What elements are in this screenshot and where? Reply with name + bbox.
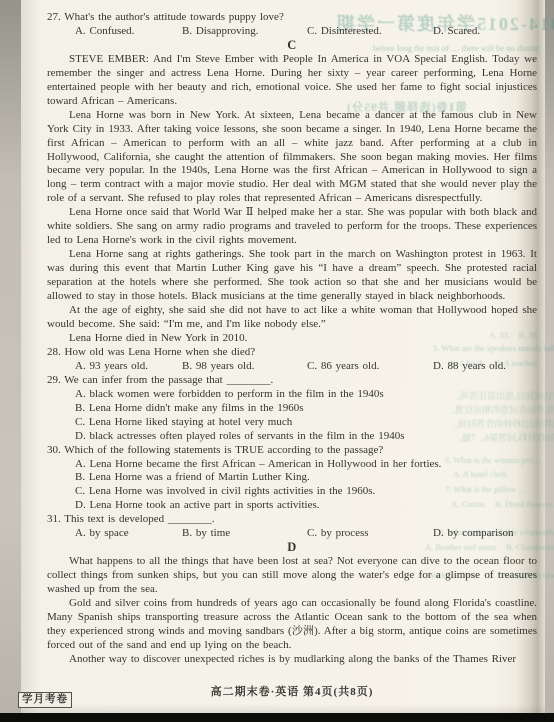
question-27: 27. What's the author's attitude towards… — [47, 11, 537, 39]
passage-paragraph: Lena Horne sang at rights gatherings. Sh… — [47, 248, 537, 304]
question-30-stem: 30. Which of the following statements is… — [47, 444, 537, 458]
passage-c-heading: C — [47, 39, 537, 53]
option-a: A. Confused. — [75, 25, 182, 39]
passage-paragraph: Lena Horne once said that World War Ⅱ he… — [47, 206, 537, 248]
exam-text-block: 27. What's the author's attitude towards… — [47, 11, 537, 667]
page-footer: 高二期末卷·英语 第4页(共8页) — [47, 683, 537, 699]
option-b: B. Lena Horne didn't make any films in t… — [75, 402, 537, 416]
option-d: D. 88 years old. — [433, 360, 537, 374]
option-b: B. by time — [182, 527, 307, 541]
option-d: D. Lena Horne took an active part in spo… — [75, 499, 537, 513]
option-b: B. 98 years old. — [182, 360, 307, 374]
option-c: C. Lena Horne liked staying at hotel ver… — [75, 416, 537, 430]
paper-sheet: 2014-2015学年度第一学期 before long the mix of … — [21, 0, 545, 714]
question-28-options: A. 93 years old. B. 98 years old. C. 86 … — [75, 360, 537, 374]
question-31: 31. This text is developed ________. A. … — [47, 513, 537, 541]
option-a: A. 93 years old. — [75, 360, 182, 374]
option-d: D. black actresses often played roles of… — [75, 430, 537, 444]
scanned-exam-page: 2014-2015学年度第一学期 before long the mix of … — [0, 0, 554, 722]
option-b: B. Lena Horne was a friend of Martin Lut… — [75, 471, 537, 485]
option-a: A. by space — [75, 527, 182, 541]
option-d: D. by comparison — [433, 527, 537, 541]
passage-paragraph: Lena Horne was born in New York. At sixt… — [47, 109, 537, 207]
option-c: C. by process — [307, 527, 433, 541]
question-27-stem: 27. What's the author's attitude towards… — [47, 11, 537, 25]
option-c: C. Lena Horne was involved in civil righ… — [75, 485, 537, 499]
question-29-stem: 29. We can infer from the passage that _… — [47, 374, 537, 388]
option-d: D. Scared. — [433, 25, 537, 39]
question-27-options: A. Confused. B. Disapproving. C. Disinte… — [75, 25, 537, 39]
passage-paragraph: What happens to all the things that have… — [47, 555, 537, 597]
option-c: C. 86 years old. — [307, 360, 433, 374]
passage-paragraph: Gold and silver coins from hundreds of y… — [47, 597, 537, 653]
passage-paragraph: At the age of eighty, she said she did n… — [47, 304, 537, 332]
option-a: A. Lena Horne became the first African –… — [75, 458, 537, 472]
passage-paragraph: STEVE EMBER: And I'm Steve Ember with Pe… — [47, 53, 537, 109]
option-b: B. Disapproving. — [182, 25, 307, 39]
passage-paragraph: Another way to discover unexpected riche… — [47, 653, 537, 667]
passage-paragraph: Lena Horne died in New York in 2010. — [47, 332, 537, 346]
question-31-stem: 31. This text is developed ________. — [47, 513, 537, 527]
exam-type-tag: 学月考卷 — [18, 692, 72, 708]
question-31-options: A. by space B. by time C. by process D. … — [75, 527, 537, 541]
question-28-stem: 28. How old was Lena Horne when she died… — [47, 346, 537, 360]
question-29: 29. We can infer from the passage that _… — [47, 374, 537, 444]
passage-d-heading: D — [47, 541, 537, 555]
question-30: 30. Which of the following statements is… — [47, 444, 537, 514]
option-a: A. black women were forbidden to perform… — [75, 388, 537, 402]
question-28: 28. How old was Lena Horne when she died… — [47, 346, 537, 374]
option-c: C. Disinterested. — [307, 25, 433, 39]
scan-bottom-edge — [0, 713, 554, 722]
